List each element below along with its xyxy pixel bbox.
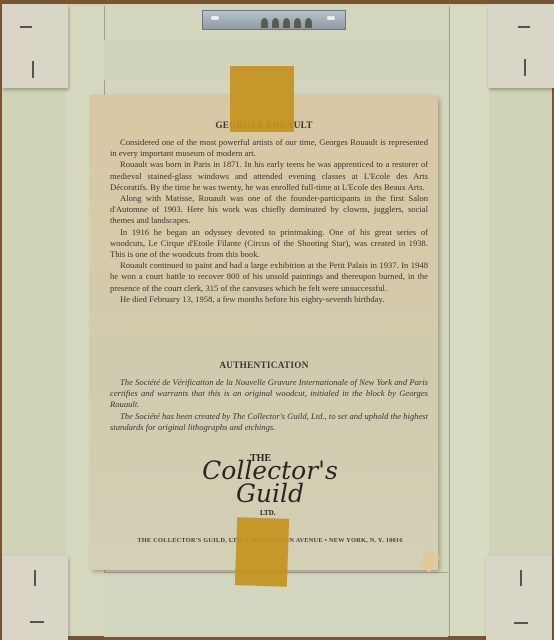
logo-ltd: LTD. [260,509,276,517]
corner-protector-bottom-right [486,556,552,640]
bio-paragraph: He died February 13, 1958, a few months … [110,294,428,305]
bio-paragraph: Considered one of the most powerful arti… [110,137,428,159]
mat-strip-right [448,6,489,636]
bio-paragraph: Rouault was born in Paris in 1871. In hi… [110,159,428,193]
biography-text: Considered one of the most powerful arti… [110,137,428,305]
corner-protector-top-right [488,4,554,88]
authentication-title: AUTHENTICATION [90,360,438,370]
tape-top [230,66,294,132]
bio-paragraph: Rouault continued to paint and had a lar… [110,260,428,294]
bio-paragraph: Along with Matisse, Rouault was one of t… [110,193,428,227]
auth-paragraph: The Société de Vérification de la Nouvel… [110,377,428,411]
auth-paragraph: The Société has been created by The Coll… [110,411,428,433]
logo-script: Collector's Guild [200,459,340,505]
authentication-text: The Société de Vérification de la Nouvel… [110,377,428,433]
tape-bottom [235,517,289,587]
bio-paragraph: In 1916 he began an odyssey devoted to p… [110,227,428,261]
corner-protector-top-left [2,4,68,88]
collectors-guild-logo: THE Collector's Guild LTD. [200,453,340,518]
logo-line-guild: Guild [200,482,340,505]
corner-protector-bottom-left [2,556,68,640]
sawtooth-hanger [202,10,346,30]
